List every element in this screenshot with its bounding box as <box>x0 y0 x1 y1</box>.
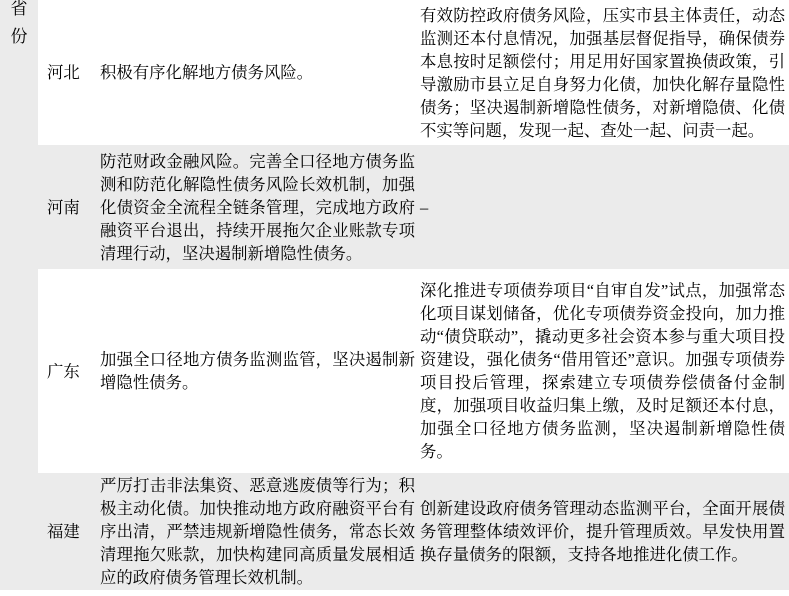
province-column-header: 省份 <box>10 0 28 51</box>
measures-text: 防范财政金融风险。完善全口径地方债务监测和防范化解隐性债务风险长效机制，加强化债… <box>100 150 415 265</box>
table-row: 河南 防范财政金融风险。完善全口径地方债务监测和防范化解隐性债务风险长效机制，加… <box>38 145 789 269</box>
province-cell: 河南 <box>38 145 100 269</box>
province-column-band: 省份 <box>0 0 38 590</box>
measures-text: 加强全口径地方债务监测监管，坚决遏制新增隐性债务。 <box>100 348 415 394</box>
province-name: 福建 <box>47 520 80 543</box>
measures-text: 积极有序化解地方债务风险。 <box>100 61 415 84</box>
details-cell: 有效防控政府债务风险，压实市县主体责任，动态监测还本付息情况，加强基层督促指导，… <box>420 0 789 145</box>
table-row: 广东 加强全口径地方债务监测监管，坚决遏制新增隐性债务。 深化推进专项债券项目“… <box>38 269 789 473</box>
measures-text: 严厉打击非法集资、恶意逃废债等行为；积极主动化债。加快推动地方政府融资平台有序出… <box>100 474 415 589</box>
table-body: 河北 积极有序化解地方债务风险。 有效防控政府债务风险，压实市县主体责任，动态监… <box>38 0 789 590</box>
province-name: 广东 <box>47 360 80 383</box>
table-row: 福建 严厉打击非法集资、恶意逃废债等行为；积极主动化债。加快推动地方政府融资平台… <box>38 473 789 590</box>
debt-measures-table: 省份 河北 积极有序化解地方债务风险。 有效防控政府债务风险，压实市县主体责任，… <box>0 0 789 596</box>
details-cell: 深化推进专项债券项目“自审自发”试点，加强常态化项目谋划储备，优化专项债券资金投… <box>420 269 789 473</box>
province-name: 河北 <box>47 61 80 84</box>
details-cell: – <box>420 145 789 269</box>
province-cell: 福建 <box>38 473 100 590</box>
province-cell: 广东 <box>38 269 100 473</box>
measures-cell: 加强全口径地方债务监测监管，坚决遏制新增隐性债务。 <box>100 269 420 473</box>
province-cell: 河北 <box>38 0 100 145</box>
details-text: 深化推进专项债券项目“自审自发”试点，加强常态化项目谋划储备，优化专项债券资金投… <box>420 279 785 463</box>
details-text: – <box>420 196 785 219</box>
measures-cell: 严厉打击非法集资、恶意逃废债等行为；积极主动化债。加快推动地方政府融资平台有序出… <box>100 473 420 590</box>
details-cell: 创新建设政府债务管理动态监测平台，全面开展债务管理整体绩效评价，提升管理质效。早… <box>420 473 789 590</box>
table-row: 河北 积极有序化解地方债务风险。 有效防控政府债务风险，压实市县主体责任，动态监… <box>38 0 789 145</box>
details-text: 创新建设政府债务管理动态监测平台，全面开展债务管理整体绩效评价，提升管理质效。早… <box>420 497 785 566</box>
measures-cell: 防范财政金融风险。完善全口径地方债务监测和防范化解隐性债务风险长效机制，加强化债… <box>100 145 420 269</box>
details-text: 有效防控政府债务风险，压实市县主体责任，动态监测还本付息情况，加强基层督促指导，… <box>420 4 785 142</box>
province-name: 河南 <box>47 196 80 219</box>
measures-cell: 积极有序化解地方债务风险。 <box>100 0 420 145</box>
